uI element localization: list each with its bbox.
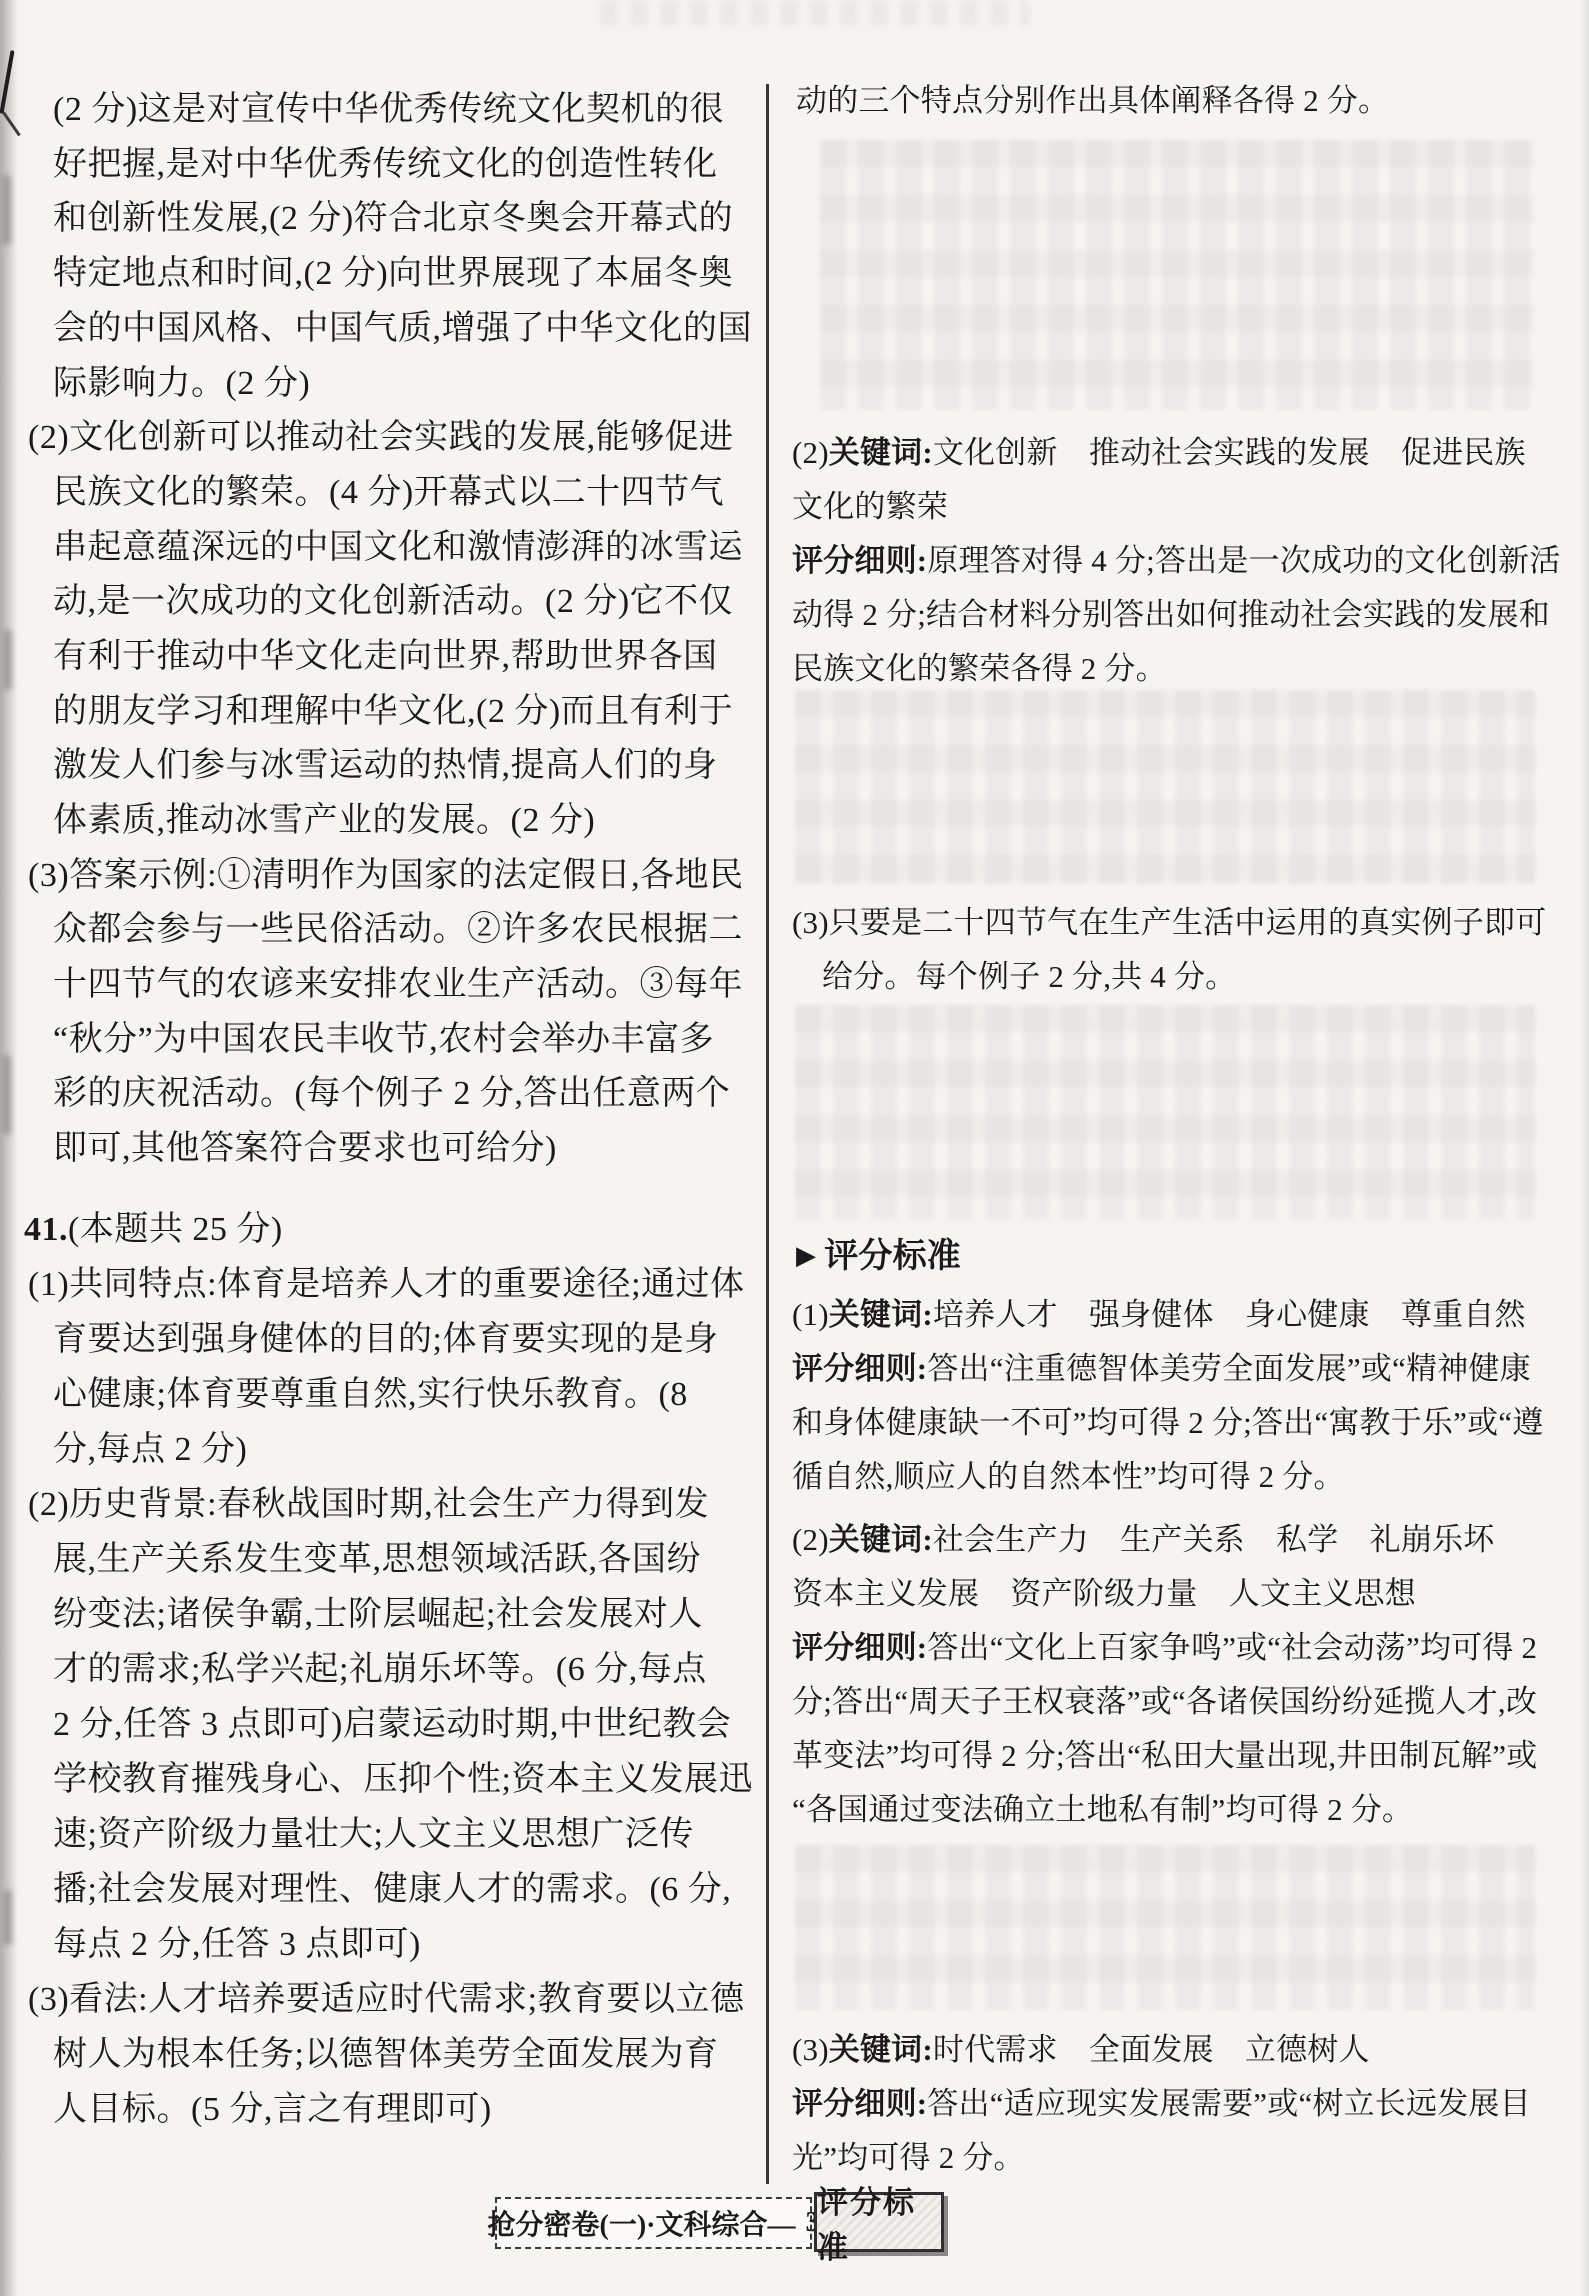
text-line: 激发人们参与冰雪运动的热情,提高人们的身 <box>53 746 718 785</box>
bleed-through-artifact <box>820 140 1535 410</box>
text-line: (2)历史背景:春秋战国时期,社会生产力得到发 <box>28 1485 709 1524</box>
text-line: 体素质,推动冰雪产业的发展。(2 分) <box>53 801 595 840</box>
scan-artifact <box>4 1890 12 1945</box>
footer-title-box: 抢分密卷(一)·文科综合— 3 <box>495 2197 812 2249</box>
page-right-edge <box>1579 0 1589 2296</box>
text-line: 评分细则:答出“适应现实发展需要”或“树立长远发展目 <box>792 2086 1531 2122</box>
text-line: 速;资产阶级力量壮大;人文主义思想广泛传 <box>53 1815 694 1854</box>
text-line: 会的中国风格、中国气质,增强了中华文化的国 <box>53 309 752 348</box>
text-line: 心健康;体育要尊重自然,实行快乐教育。(8 <box>53 1375 688 1414</box>
text-line: 2 分,任答 3 点即可)启蒙运动时期,中世纪教会 <box>53 1705 731 1744</box>
column-divider <box>766 84 769 2184</box>
text-line: 每点 2 分,任答 3 点即可) <box>53 1925 421 1964</box>
text-line: 的朋友学习和理解中华文化,(2 分)而且有利于 <box>53 692 733 731</box>
answer-column: (2 分)这是对宣传中华优秀传统文化契机的很好把握,是对中华优秀传统文化的创造性… <box>0 0 1589 2296</box>
text-line: 学校教育摧残身心、压抑个性;资本主义发展迅 <box>53 1760 753 1799</box>
text-line: 动的三个特点分别作出具体阐释各得 2 分。 <box>796 83 1389 119</box>
bleed-through-artifact <box>795 1845 1535 2010</box>
scan-artifact <box>3 1055 11 1135</box>
text-line: 和创新性发展,(2 分)符合北京冬奥会开幕式的 <box>53 199 733 238</box>
triangle-bullet-icon: ▶ <box>796 1241 816 1271</box>
rubric-column: 动的三个特点分别作出具体阐释各得 2 分。(2)关键词:文化创新 推动社会实践的… <box>0 0 1589 2296</box>
footer-section-tag: 评分标准 <box>817 2177 941 2267</box>
text-line: 播;社会发展对理性、健康人才的需求。(6 分, <box>53 1870 731 1909</box>
text-line: 循自然,顺应人的自然本性”均可得 2 分。 <box>792 1459 1345 1495</box>
footer-volume-label: 抢分密卷(一)·文科综合— <box>488 2203 796 2243</box>
scan-artifact <box>600 0 1030 26</box>
text-line: 际影响力。(2 分) <box>53 364 310 403</box>
text-line: 好把握,是对中华优秀传统文化的创造性转化 <box>53 145 718 184</box>
text-line: 即可,其他答案符合要求也可给分) <box>53 1129 557 1168</box>
text-line: 评分细则:答出“文化上百家争鸣”或“社会动荡”均可得 2 <box>792 1630 1537 1666</box>
scan-artifact <box>4 630 12 690</box>
text-line: 评分细则:原理答对得 4 分;答出是一次成功的文化创新活 <box>792 543 1561 579</box>
text-line: 人目标。(5 分,言之有理即可) <box>53 2090 492 2129</box>
rubric-section-heading: ▶评分标准 <box>796 1237 961 1276</box>
text-line: 革变法”均可得 2 分;答出“私田大量出现,井田制瓦解”或 <box>792 1738 1537 1774</box>
text-line: 文化的繁荣 <box>792 489 948 525</box>
text-line: 民族文化的繁荣各得 2 分。 <box>792 651 1167 687</box>
text-line: 树人为根本任务;以德智体美劳全面发展为育 <box>53 2035 718 2074</box>
text-line: 分,每点 2 分) <box>53 1430 247 1469</box>
text-line: 特定地点和时间,(2 分)向世界展现了本届冬奥 <box>53 254 733 293</box>
text-line: 有利于推动中华文化走向世界,帮助世界各国 <box>53 637 718 676</box>
text-line: “秋分”为中国农民丰收节,农村会举办丰富多 <box>53 1020 714 1059</box>
text-line: (1)共同特点:体育是培养人才的重要途径;通过体 <box>28 1265 745 1304</box>
text-line: (3)答案示例:①清明作为国家的法定假日,各地民 <box>28 856 744 895</box>
page-left-edge <box>0 0 18 2296</box>
text-line: 动得 2 分;结合材料分别答出如何推动社会实践的发展和 <box>792 597 1550 633</box>
text-line: 彩的庆祝活动。(每个例子 2 分,答出任意两个 <box>53 1074 730 1113</box>
text-line: 资本主义发展 资产阶级力量 人文主义思想 <box>792 1576 1416 1612</box>
text-line: 民族文化的繁荣。(4 分)开幕式以二十四节气 <box>53 473 724 512</box>
scanned-answer-page: (2 分)这是对宣传中华优秀传统文化契机的很好把握,是对中华优秀传统文化的创造性… <box>0 0 1589 2296</box>
text-line: 串起意蕴深远的中国文化和激情澎湃的冰雪运 <box>53 528 743 567</box>
text-line: 和身体健康缺一不可”均可得 2 分;答出“寓教于乐”或“遵 <box>792 1405 1543 1441</box>
text-line: 光”均可得 2 分。 <box>792 2140 1025 2176</box>
text-line: (3)看法:人才培养要适应时代需求;教育要以立德 <box>28 1980 745 2019</box>
text-line: (3)关键词:时代需求 全面发展 立德树人 <box>792 2032 1370 2068</box>
text-line: 给分。每个例子 2 分,共 4 分。 <box>822 959 1236 995</box>
scan-artifact <box>3 175 11 245</box>
text-line: 众都会参与一些民俗活动。②许多农民根据二 <box>53 910 743 949</box>
text-line: 育要达到强身健体的目的;体育要实现的是身 <box>53 1320 718 1359</box>
text-line: 展,生产关系发生变革,思想领域活跃,各国纷 <box>53 1540 701 1579</box>
text-line: 41.(本题共 25 分) <box>24 1210 283 1249</box>
text-line: (2)关键词:文化创新 推动社会实践的发展 促进民族 <box>792 435 1526 471</box>
text-line: 分;答出“周天子王权衰落”或“各诸侯国纷纷延揽人才,改 <box>792 1684 1537 1720</box>
text-line: “各国通过变法确立土地私有制”均可得 2 分。 <box>792 1792 1413 1828</box>
text-line: 评分细则:答出“注重德智体美劳全面发展”或“精神健康 <box>792 1351 1531 1387</box>
footer-section-tag-box: 评分标准 <box>814 2192 944 2252</box>
bleed-through-artifact <box>795 690 1535 885</box>
text-line: 才的需求;私学兴起;礼崩乐坏等。(6 分,每点 <box>53 1650 707 1689</box>
text-line: (3)只要是二十四节气在生产生活中运用的真实例子即可 <box>792 905 1546 941</box>
bleed-through-artifact <box>795 1005 1535 1220</box>
text-line: (2)文化创新可以推动社会实践的发展,能够促进 <box>28 418 734 457</box>
text-line: 动,是一次成功的文化创新活动。(2 分)它不仅 <box>53 582 733 621</box>
text-line: (2 分)这是对宣传中华优秀传统文化契机的很 <box>53 90 724 129</box>
text-line: (1)关键词:培养人才 强身健体 身心健康 尊重自然 <box>792 1297 1526 1333</box>
text-line: (2)关键词:社会生产力 生产关系 私学 礼崩乐坏 <box>792 1522 1494 1558</box>
text-line: 十四节气的农谚来安排农业生产活动。③每年 <box>53 965 743 1004</box>
text-line: 纷变法;诸侯争霸,士阶层崛起;社会发展对人 <box>53 1595 703 1634</box>
